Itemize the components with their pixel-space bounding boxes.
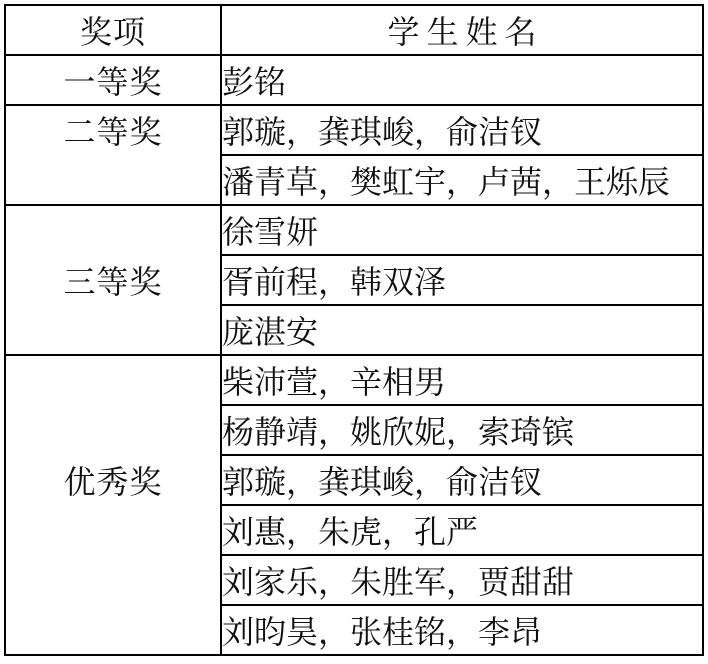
award-label: 三等奖 [63, 257, 162, 303]
names-cell: 刘惠，朱虎，孔严 [221, 505, 703, 555]
table-row: 优秀奖 柴沛萱，辛相男 [5, 355, 703, 405]
names-cell: 庞湛安 [221, 305, 703, 355]
names-cell: 柴沛萱，辛相男 [221, 355, 703, 405]
award-cell-first-prize: 一等奖 [5, 55, 221, 105]
awards-table: 奖项 学生姓名 一等奖 彭铭 二等奖 郭璇，龚琪峻，俞洁钗 潘青草，樊虹宇，卢茜… [4, 4, 704, 656]
award-label: 优秀奖 [63, 457, 162, 503]
header-row: 奖项 学生姓名 [5, 5, 703, 55]
names-cell: 杨静靖，姚欣妮，索琦镔 [221, 405, 703, 455]
award-cell-third-prize: 三等奖 [5, 205, 221, 355]
names-cell: 胥前程，韩双泽 [221, 255, 703, 305]
names-cell: 刘昀昊，张桂铭，李昂 [221, 605, 703, 655]
names-cell: 刘家乐，朱胜军，贾甜甜 [221, 555, 703, 605]
names-cell: 郭璇，龚琪峻，俞洁钗 [221, 455, 703, 505]
table-row: 二等奖 郭璇，龚琪峻，俞洁钗 [5, 105, 703, 155]
names-cell: 徐雪妍 [221, 205, 703, 255]
names-cell: 彭铭 [221, 55, 703, 105]
award-label: 一等奖 [63, 57, 162, 103]
award-cell-excellence-prize: 优秀奖 [5, 355, 221, 655]
award-label: 二等奖 [63, 107, 162, 153]
award-cell-second-prize: 二等奖 [5, 105, 221, 205]
award-column-header: 奖项 [5, 5, 221, 55]
names-cell: 潘青草，樊虹宇，卢茜，王烁辰 [221, 155, 703, 205]
names-cell: 郭璇，龚琪峻，俞洁钗 [221, 105, 703, 155]
table-row: 一等奖 彭铭 [5, 55, 703, 105]
student-names-column-header: 学生姓名 [221, 5, 703, 55]
table-row: 三等奖 徐雪妍 [5, 205, 703, 255]
